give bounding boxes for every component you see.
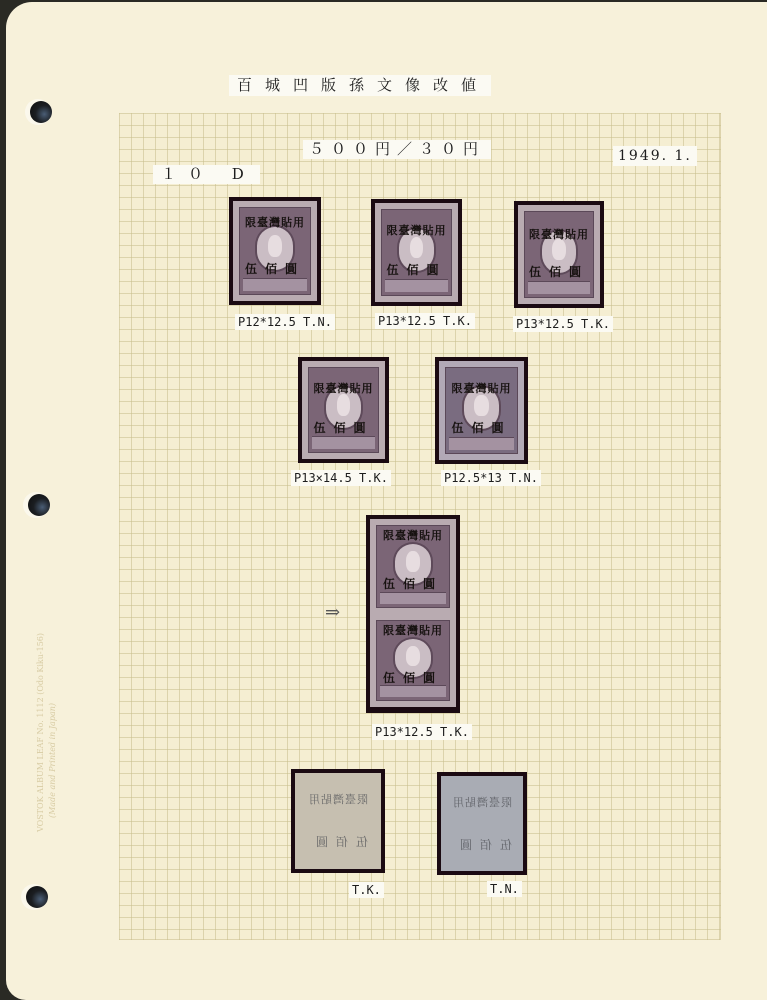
arrow-icon: ⇒ [325,602,340,623]
stamp-caption: T.K. [349,882,384,898]
stamp-caption: P13×14.5 T.K. [291,470,391,486]
stamp: 限臺灣貼用 伍佰圓 [233,201,317,301]
stamp-value-band [312,436,375,449]
overprint-value: 伍佰圓 [518,266,600,278]
overprint-top: 限臺灣貼用 [518,229,600,240]
stamp-value-band [528,281,590,294]
overprint-top: 限臺灣貼用 [302,383,385,394]
portrait-face [268,235,282,257]
stamp-value-band [243,278,307,291]
stamp-caption: P13*12.5 T.K. [372,724,472,740]
album-imprint: VOSTOK ALBUM LEAF No. 1112 (Odo Kiku-156… [36,633,57,832]
stamp-mount[interactable]: 限臺灣貼用 伍佰圓 [229,197,321,305]
stamp-value-band [449,437,514,450]
stamp-value-band [380,685,446,697]
stamp: 限臺灣貼用 伍佰圓 [518,205,600,304]
portrait-face [552,239,566,261]
overprint-value: 伍佰圓 [233,263,317,275]
stamp-back-mount[interactable]: 限臺灣貼用 伍佰圓 [291,769,385,873]
stamp: 限臺灣貼用 伍佰圓 [370,614,456,707]
stamp-caption: T.N. [487,881,522,897]
binder-hole [28,494,50,516]
overprint-top: 限臺灣貼用 [233,217,317,228]
overprint-offset: 限臺灣貼用 [295,794,381,805]
binder-hole [26,886,48,908]
stamp-mount[interactable]: 限臺灣貼用 伍佰圓 [371,199,462,306]
catalog-number: １０ D [153,165,260,184]
stamp-back: 限臺灣貼用 伍佰圓 [441,776,523,871]
overprint-top: 限臺灣貼用 [439,383,524,394]
stamp-caption: P12.5*13 T.N. [441,470,541,486]
portrait-face [337,394,351,416]
overprint-offset: 伍佰圓 [295,836,381,848]
overprint-value: 伍佰圓 [439,422,524,434]
stamp-pair-mount[interactable]: 限臺灣貼用 伍佰圓 限臺灣貼用 伍佰圓 [366,515,460,713]
stamp-frame [445,367,518,454]
overprint-offset: 伍佰圓 [441,839,523,851]
overprint-top: 限臺灣貼用 [370,530,456,541]
imprint-line: (Made and Printed in Japan) [48,633,57,818]
portrait-face [406,646,421,666]
stamp: 限臺灣貼用 伍佰圓 [302,361,385,459]
overprint-value: 伍佰圓 [375,264,458,276]
portrait-face [406,551,421,572]
portrait-face [410,237,424,259]
overprint-top: 限臺灣貼用 [370,625,456,636]
page-title: 百城凹版孫文像改値 [229,75,491,96]
stamp: 限臺灣貼用 伍佰圓 [439,361,524,460]
overprint-value: 伍佰圓 [370,672,456,684]
overprint-value: 伍佰圓 [370,578,456,590]
page-subtitle: ５００円／３０円 [303,140,491,159]
stamp-mount[interactable]: 限臺灣貼用 伍佰圓 [514,201,604,308]
issue-date: 1949. 1. [613,146,697,166]
overprint-offset: 限臺灣貼用 [441,797,523,808]
stamp-back: 限臺灣貼用 伍佰圓 [295,773,381,869]
stamp: 限臺灣貼用 伍佰圓 [375,203,458,302]
stamp-mount[interactable]: 限臺灣貼用 伍佰圓 [435,357,528,464]
binder-hole [30,101,52,123]
stamp-frame [308,367,379,453]
overprint-top: 限臺灣貼用 [375,225,458,236]
stamp-caption: P13*12.5 T.K. [375,313,475,329]
imprint-line: VOSTOK ALBUM LEAF No. 1112 (Odo Kiku-156… [36,633,45,832]
stamp-value-band [385,279,448,292]
stamp-frame [524,211,594,298]
stamp-caption: P13*12.5 T.K. [513,316,613,332]
stamp: 限臺灣貼用 伍佰圓 [370,519,456,614]
stamp-frame [381,209,452,296]
stamp-caption: P12*12.5 T.N. [235,314,335,330]
portrait-face [474,395,488,417]
overprint-value: 伍佰圓 [302,422,385,434]
stamp-mount[interactable]: 限臺灣貼用 伍佰圓 [298,357,389,463]
stamp-value-band [380,592,446,604]
stamp-back-mount[interactable]: 限臺灣貼用 伍佰圓 [437,772,527,875]
